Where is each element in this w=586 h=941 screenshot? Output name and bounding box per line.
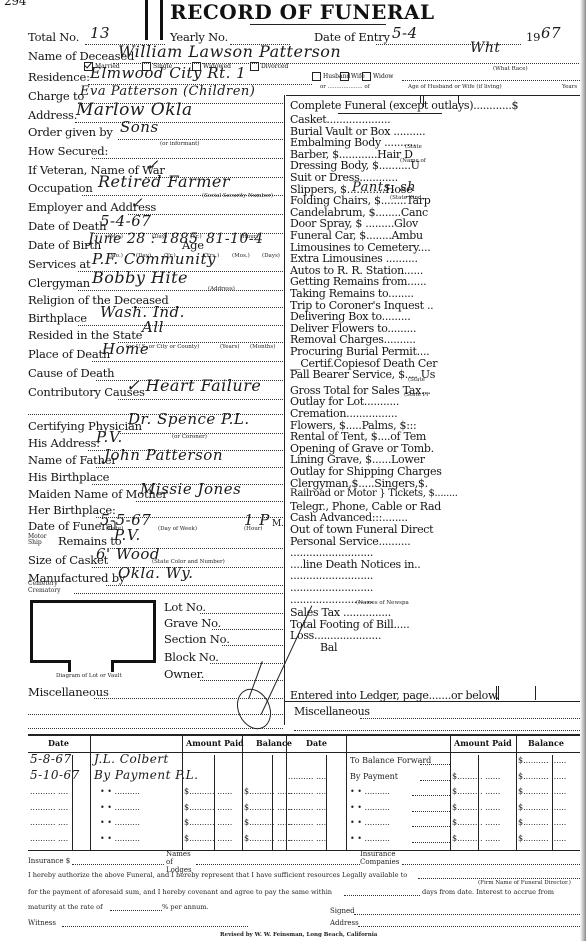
clergyman-label: Clergyman [28,276,90,290]
address-label: Address. [28,108,77,122]
column-divider [284,95,285,725]
ledger-header: Amount Paid [454,738,512,748]
ledger-date[interactable]: .......... .... [30,834,68,843]
owner-label: Owner. [164,667,204,681]
ledger-date[interactable]: .......... .... [30,787,68,796]
services-at-label: Services at [28,257,90,271]
checkbox-widow[interactable]: Widow [362,72,394,81]
ledger-date[interactable]: .......... .... [288,772,326,781]
employer-value[interactable]: ✓ [130,194,143,212]
his-birthplace-label: His Birthplace [28,470,109,484]
ledger-amount[interactable]: $.......... ...... [184,787,232,796]
father-name-value[interactable]: John Patterson [104,446,223,464]
order-given-by-value[interactable]: Sons [120,118,159,136]
race-caption: (What Race) [493,66,528,72]
ledger-desc: • • .......... [350,834,390,843]
ledger-header: Balance [528,738,564,748]
date-of-death-value[interactable]: 5-4-67 [100,212,151,230]
ledger-desc[interactable]: J.L. Colbert [94,752,169,766]
insurance-label: Insurance $ [28,857,70,865]
revised-by: Revised by W. W. Feinsman, Long Beach, C… [220,932,377,938]
ledger-header: Amount Paid [186,738,244,748]
ledger-desc: • • .......... [350,787,390,796]
checkbox-box[interactable] [250,62,259,71]
certifying-physician-value[interactable]: Dr. Spence P.L. [128,410,250,428]
charge-item: Bal [320,641,337,654]
his-address-value[interactable]: P.V. [96,428,123,446]
checkbox-divorced[interactable]: Divorced [250,62,288,71]
ledger-amount[interactable]: $.......... ...... [184,818,232,827]
years-caption: Years [562,84,577,90]
resided-value[interactable]: All [142,318,164,336]
form-title: RECORD OF FUNERAL [170,0,435,24]
suit-value[interactable]: Pants, sh [352,180,416,195]
signed-field[interactable] [354,914,582,915]
percent-text: % per annum. [162,903,209,911]
size-of-casket-value[interactable]: 6' Wood [96,545,160,563]
maturity-text: maturity at the rate of [28,903,103,911]
funeral-record-form: 294 RECORD OF FUNERAL Total No. 13 Yearl… [0,0,586,941]
ledger-date[interactable]: .......... .... [30,818,68,827]
contributory-causes-value[interactable]: ✓ Heart Failure [126,376,261,395]
page-number: 294 [4,0,26,8]
residence-label: Residence: [28,70,90,84]
charge-complete-funeral: Complete Funeral (except outlays).......… [290,99,518,112]
cemetery-crematory-label: Cemetery Crematory [28,580,68,594]
ledger-top-border [28,734,582,736]
services-at-value[interactable]: P.F. Community [92,250,216,268]
signed-label: Signed [330,907,355,915]
ledger-amount[interactable]: $.......... ...... [244,803,292,812]
occupation-value[interactable]: Retired Farmer [98,172,230,191]
ledger-bottom-border [28,850,582,851]
diagram-caption: Diagram of Lot or Vault [56,673,122,679]
ledger-desc[interactable]: By Payment P.L. [94,768,198,782]
ledger-desc: • • .......... [350,803,390,812]
year-prefix: 19 [526,30,540,44]
ledger-date[interactable]: .......... .... [30,803,68,812]
witness-label: Witness [28,919,56,927]
ledger-amount[interactable]: $.......... ...... [518,803,566,812]
title-underline [250,24,386,25]
address-value[interactable]: Marlow Okla [76,100,193,120]
ledger-header: Date [48,738,69,748]
grave-no-label: Grave No. [164,616,221,630]
clergyman-value[interactable]: Bobby Hite [92,268,188,287]
ledger-desc[interactable]: • • .......... [100,787,140,796]
manufactured-by-value[interactable]: Okla. Wy. [118,564,194,582]
age-value[interactable]: 81-10-4 [206,231,264,247]
binding-clip [145,0,148,40]
lot-misc-label: Miscellaneous [28,685,109,699]
ledger-date[interactable]: 5-8-67 [30,752,72,766]
how-secured-label: How Secured: [28,144,108,158]
ledger-amount[interactable]: $.......... ...... [518,787,566,796]
ledger-amount[interactable]: $.......... ...... [184,803,232,812]
ledger-date[interactable]: .......... .... [288,834,326,843]
checkbox-box[interactable] [340,72,349,81]
his-address-label: His Address: [28,436,100,450]
days-text: days from date. Interest to accrue from [422,888,554,896]
remains-to-value[interactable]: P.V. [114,526,141,544]
ledger-desc[interactable]: • • .......... [100,818,140,827]
ledger-date[interactable]: .......... .... [288,803,326,812]
mother-maiden-name-value[interactable]: Missie Jones [140,480,241,498]
place-of-death-label: Place of Death [28,347,110,361]
ledger-date[interactable]: .......... .... [288,787,326,796]
checkbox-box[interactable] [312,72,321,81]
occupation-label: Occupation [28,181,93,195]
lot-no-label: Lot No. [164,600,206,614]
spouse-or-of: or .................... of [320,84,370,90]
ledger-desc[interactable]: • • .......... [100,803,140,812]
place-of-death-value[interactable]: Home [102,340,149,358]
residence-value[interactable]: Elmwood City Rt. 1 [90,64,246,82]
block-no-label: Block No. [164,650,219,664]
ledger-header: Date [306,738,327,748]
section-no-label: Section No. [164,632,230,646]
deceased-name-value[interactable]: William Lawson Patterson [118,42,341,61]
ledger-date[interactable]: .......... .... [288,818,326,827]
address-footer-label: Address [330,919,359,927]
ledger-date[interactable]: 5-10-67 [30,768,80,782]
checkbox-box[interactable] [362,72,371,81]
ledger-amount[interactable]: $.......... ...... [518,818,566,827]
birthplace-label: Birthplace [28,311,87,325]
ledger-amount[interactable]: $.......... ...... [184,834,232,843]
order-given-by-label: Order given by [28,125,113,139]
motor-ship-label: Motor Ship [28,534,40,546]
year-value[interactable]: 67 [541,24,561,42]
total-no-value[interactable]: 13 [90,24,110,42]
charge-item: Railroad or Motor } Tickets, $........ [290,488,458,499]
ledger-amount[interactable]: $.......... ...... [244,818,292,827]
ledger-amount[interactable]: $.......... ...... [518,772,566,781]
lot-diagram-box [30,600,156,663]
ledger-amount[interactable]: $.......... ...... [518,834,566,843]
binding-clip [160,0,163,40]
ledger-amount[interactable]: $.......... ...... [452,772,500,781]
address-footer-field[interactable] [358,926,582,927]
ledger-amount[interactable]: $.......... ...... [518,756,566,765]
ledger-desc[interactable]: • • .......... [100,834,140,843]
age-spouse-caption: Age of Husband or Wife (if living) [408,84,502,90]
authorize-text: I hereby authorize the above Funeral, an… [28,871,407,879]
ledger-header: Balance [256,738,292,748]
race-value[interactable]: Wht [470,40,501,56]
date-of-entry-value[interactable]: 5-4 [392,24,418,42]
charges-misc-label: Miscellaneous [294,705,370,718]
certifying-physician-label: Certifying Physician [28,419,142,433]
ledger-amount[interactable]: $.......... ...... [452,834,500,843]
cause-of-death-label: Cause of Death [28,366,114,380]
ledger-amount[interactable]: $.......... ...... [452,818,500,827]
payment-text: for the payment of aforesaid sum, and I … [28,888,332,896]
charge-to-value[interactable]: Eva Patterson (Children) [80,84,255,99]
ledger-amount[interactable]: $.......... ...... [244,787,292,796]
ledger-amount[interactable]: $.......... ...... [452,803,500,812]
witness-field[interactable] [62,926,248,927]
ledger-amount[interactable]: $.......... ...... [244,834,292,843]
ledger-desc: • • .......... [350,818,390,827]
scan-edge [580,0,586,941]
ledger-desc: By Payment [350,772,398,781]
ledger-amount[interactable]: $.......... ...... [452,787,500,796]
total-no-label: Total No. [28,30,79,44]
ins-companies-label: Insurance Companies [360,850,402,866]
